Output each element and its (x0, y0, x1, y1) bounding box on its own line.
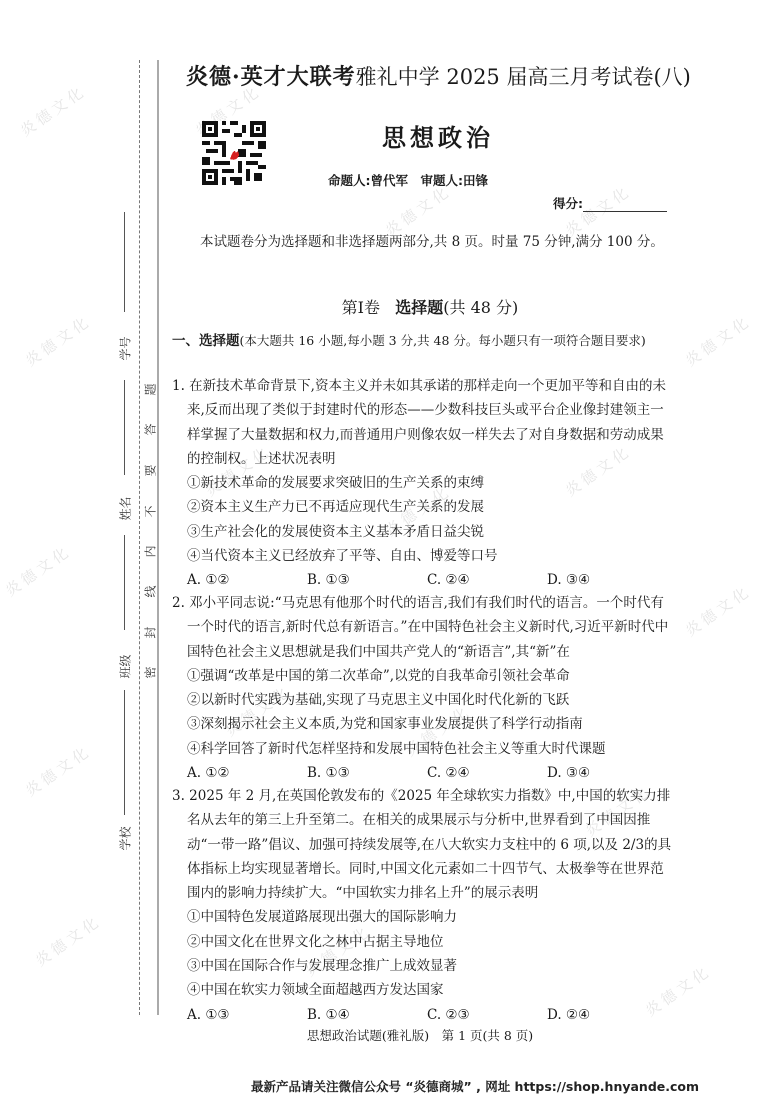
statement-option: ②以新时代实践为基础,实现了马克思主义中国化时代化新的飞跃 (172, 688, 672, 712)
seal-notice-char: 要 (142, 464, 159, 476)
score-label: 得分: (553, 196, 583, 211)
statement-option: ④科学回答了新时代怎样坚持和发展中国特色社会主义等重大时代课题 (172, 737, 672, 761)
answer-d[interactable]: D. ②④ (547, 1003, 667, 1027)
statement-option: ①新技术革命的发展要求突破旧的生产关系的束缚 (172, 471, 672, 495)
section-heading: 第Ⅰ卷 选择题(共 48 分) (0, 295, 780, 318)
seal-notice-char: 不 (142, 505, 159, 517)
statement-option: ③中国在国际合作与发展理念推广上成效显著 (172, 954, 672, 978)
answer-a[interactable]: A. ①② (187, 568, 307, 592)
answer-a[interactable]: A. ①③ (187, 1003, 307, 1027)
field-school: 学校 (117, 826, 134, 850)
question-3: 3. 2025 年 2 月,在英国伦敦发布的《2025 年全球软实力指数》中,中… (172, 784, 672, 1027)
score-field: 得分: (553, 194, 667, 212)
statement-option: ③生产社会化的发展使资本主义基本矛盾日益尖锐 (172, 520, 672, 544)
seal-notice-char: 内 (142, 545, 159, 557)
field-student-id: 学号 (117, 336, 134, 360)
seal-notice-char: 答 (142, 423, 159, 435)
question-stem: 1. 在新技术革命背景下,资本主义并未如其承诺的那样走向一个更加平等和自由的未来… (172, 374, 672, 471)
part-label: 一、选择题 (172, 333, 240, 349)
answer-d[interactable]: D. ③④ (547, 761, 667, 785)
watermark: 炎德文化 (16, 80, 90, 141)
exam-brand: 炎德·英才大联考 (186, 64, 356, 90)
statement-option: ②资本主义生产力已不再适应现代生产关系的发展 (172, 495, 672, 519)
intro-paragraph: 本试题卷分为选择题和非选择题两部分,共 8 页。时量 75 分钟,满分 100 … (172, 229, 672, 256)
statement-option: ④中国在软实力领域全面超越西方发达国家 (172, 978, 672, 1002)
seal-notice-char: 题 (142, 383, 159, 395)
exam-name: 雅礼中学 2025 届高三月考试卷(八) (356, 65, 691, 89)
watermark: 炎德文化 (681, 580, 755, 641)
answer-b[interactable]: B. ①③ (307, 761, 427, 785)
watermark: 炎德文化 (31, 910, 105, 971)
score-blank[interactable] (583, 199, 667, 212)
statement-option: ①中国特色发展道路展现出强大的国际影响力 (172, 905, 672, 929)
watermark: 炎德文化 (681, 310, 755, 371)
page-footer: 思想政治试题(雅礼版) 第 1 页(共 8 页) (0, 1026, 780, 1044)
qr-code[interactable] (202, 120, 266, 186)
answer-b[interactable]: B. ①④ (307, 1003, 427, 1027)
watermark: 炎德文化 (21, 740, 95, 801)
section-volume: 第Ⅰ卷 (342, 298, 380, 317)
statement-option: ④当代资本主义已经放弃了平等、自由、博爱等口号 (172, 544, 672, 568)
answer-choices: A. ①③ B. ①④ C. ②③ D. ②④ (172, 1003, 672, 1027)
seal-notice-char: 封 (142, 626, 159, 638)
part-heading: 一、选择题(本大题共 16 小题,每小题 3 分,共 48 分。每小题只有一项符… (172, 330, 672, 352)
field-name: 姓名 (117, 496, 134, 520)
answer-c[interactable]: C. ②③ (427, 1003, 547, 1027)
promo-banner[interactable]: 最新产品请关注微信公众号 “炎德商城” , 网址 https://shop.hn… (0, 1077, 780, 1095)
answer-c[interactable]: C. ②④ (427, 761, 547, 785)
seal-notice-char: 密 (142, 666, 159, 678)
section-type: 选择题 (395, 298, 443, 317)
part-description: (本大题共 16 小题,每小题 3 分,共 48 分。每小题只有一项符合题目要求… (240, 333, 646, 348)
authors: 命题人:曾代军 审题人:田锋 (328, 171, 488, 189)
statement-option: ②中国文化在世界文化之林中占据主导地位 (172, 930, 672, 954)
question-stem: 2. 邓小平同志说:“马克思有他那个时代的语言,我们有我们时代的语言。一个时代有… (172, 591, 672, 664)
answer-c[interactable]: C. ②④ (427, 568, 547, 592)
seal-notice-char: 线 (142, 585, 159, 597)
answer-a[interactable]: A. ①② (187, 761, 307, 785)
school-line (124, 690, 125, 815)
question-stem: 3. 2025 年 2 月,在英国伦敦发布的《2025 年全球软实力指数》中,中… (172, 784, 672, 905)
seal-solid-line (157, 60, 159, 1015)
name-line (124, 380, 125, 475)
seal-dotted-line (139, 60, 140, 1015)
class-line (124, 535, 125, 630)
statement-option: ①强调“改革是中国的第二次革命”,以党的自我革命引领社会革命 (172, 664, 672, 688)
exam-title: 炎德·英才大联考雅礼中学 2025 届高三月考试卷(八) (186, 60, 691, 91)
question-2: 2. 邓小平同志说:“马克思有他那个时代的语言,我们有我们时代的语言。一个时代有… (172, 591, 672, 785)
watermark: 炎德文化 (1, 540, 75, 601)
answer-d[interactable]: D. ③④ (547, 568, 667, 592)
statement-option: ③深刻揭示社会主义本质,为党和国家事业发展提供了科学行动指南 (172, 712, 672, 736)
subject-title: 思想政治 (382, 118, 494, 153)
answer-choices: A. ①② B. ①③ C. ②④ D. ③④ (172, 568, 672, 592)
watermark: 炎德文化 (21, 310, 95, 371)
section-points: (共 48 分) (443, 298, 518, 317)
answer-choices: A. ①② B. ①③ C. ②④ D. ③④ (172, 761, 672, 785)
answer-b[interactable]: B. ①③ (307, 568, 427, 592)
field-class: 班级 (117, 654, 134, 678)
question-1: 1. 在新技术革命背景下,资本主义并未如其承诺的那样走向一个更加平等和自由的未来… (172, 374, 672, 593)
